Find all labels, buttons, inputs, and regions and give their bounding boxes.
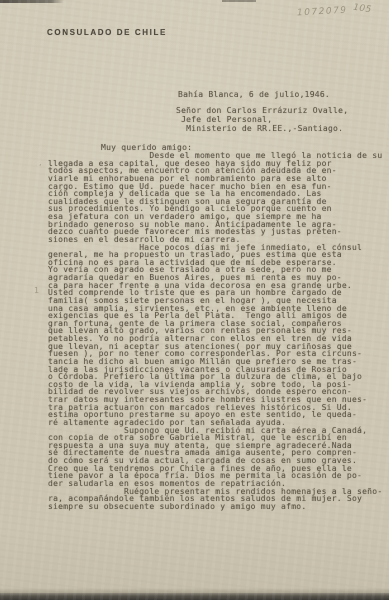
photo-edge-top-dash: [222, 0, 256, 2]
photo-edge-bottom: [0, 593, 389, 600]
pencil-margin-mark: 1: [34, 286, 39, 295]
letter-paper: 1072079 105 CONSULADO DE CHILE Bahía Bla…: [0, 0, 389, 600]
pencil-page-number: 105: [352, 3, 372, 16]
letter-body: Desde el momento que me llegó la noticia…: [48, 152, 366, 510]
dateline: Bahía Blanca, 6 de julio,1946.: [178, 90, 330, 99]
photo-edge-top-left: [0, 0, 64, 3]
pencil-archive-number: 1072079: [297, 6, 348, 19]
pencil-margin-mark: ,: [39, 158, 42, 167]
recipient-block: Señor don Carlos Errázuriz Ovalle, Jefe …: [176, 106, 348, 134]
letterhead-title: CONSULADO DE CHILE: [47, 28, 167, 37]
